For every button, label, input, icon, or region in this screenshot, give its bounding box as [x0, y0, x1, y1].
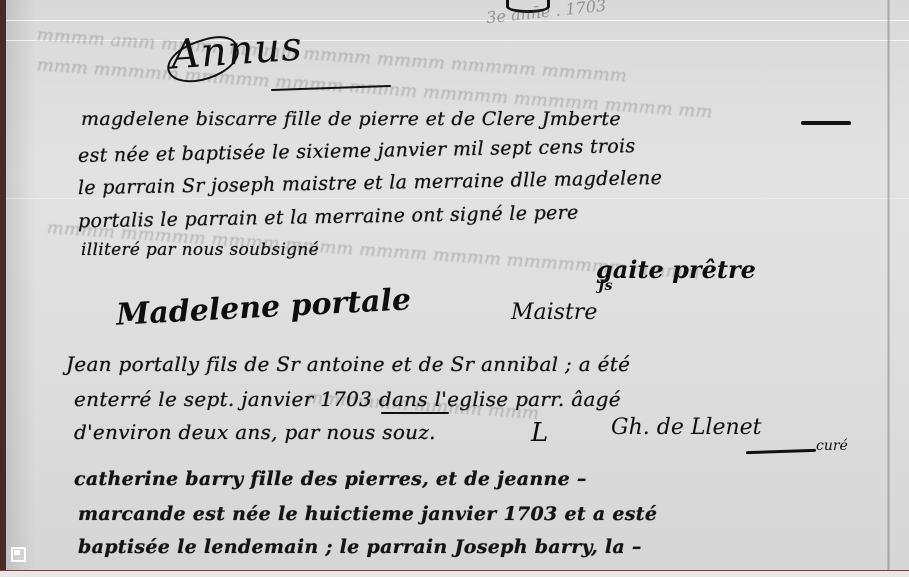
entry-3-line-2: marcande est née le huictieme janvier 17… — [78, 503, 657, 525]
entry-2-line-2: enterré le sept. janvier 1703 dans l'egl… — [74, 387, 621, 411]
register-heading: Annus — [170, 23, 305, 78]
scan-line — [6, 20, 909, 21]
thumbnail-toggle-icon[interactable] — [11, 547, 26, 562]
godfather-signature: Maistre — [511, 300, 597, 325]
entry-1-line-1: magdelene biscarre fille de pierre et de… — [81, 108, 621, 130]
entry-1-line-2: est née et baptisée le sixieme janvier m… — [78, 135, 636, 167]
priest-signature: gaite prêtre — [596, 255, 756, 284]
signature-initial: L — [531, 418, 548, 448]
curate-title: curé — [816, 438, 848, 454]
godmother-signature: Madelene portale — [115, 282, 412, 332]
curate-signature: Gh. de Llenet — [611, 415, 762, 440]
date-underline — [381, 412, 449, 414]
thumbnail-toggle-icon-inner — [14, 550, 20, 555]
entry-1-line-5: illiteré par nous soubsigné — [81, 240, 319, 260]
entry-3-line-1: catherine barry fille des pierres, et de… — [74, 468, 587, 490]
page-fold-crease — [887, 0, 890, 570]
curate-underline — [746, 449, 816, 454]
entry-2-line-1: Jean portally fils de Sr antoine et de S… — [66, 352, 630, 376]
entry-3-line-3: baptisée le lendemain ; le parrain Josep… — [78, 536, 642, 558]
scan-line — [6, 198, 909, 199]
line-end-flourish — [801, 121, 851, 125]
entry-1-line-3: le parrain Sr joseph maistre et la merra… — [78, 167, 662, 199]
entry-1-line-4: portalis le parrain et la merraine ont s… — [78, 202, 579, 233]
entry-2-line-3: d'environ deux ans, par nous souz. — [74, 420, 436, 444]
top-fragment-text: 3e ann̄e . 1703 — [485, 0, 607, 27]
document-scan: mmmm amm mmmn mmmm mmmm mmmm mmmmm mmmmm… — [6, 0, 909, 570]
viewer-bottom-edge — [0, 570, 909, 577]
godfather-mark: Js — [598, 278, 613, 294]
